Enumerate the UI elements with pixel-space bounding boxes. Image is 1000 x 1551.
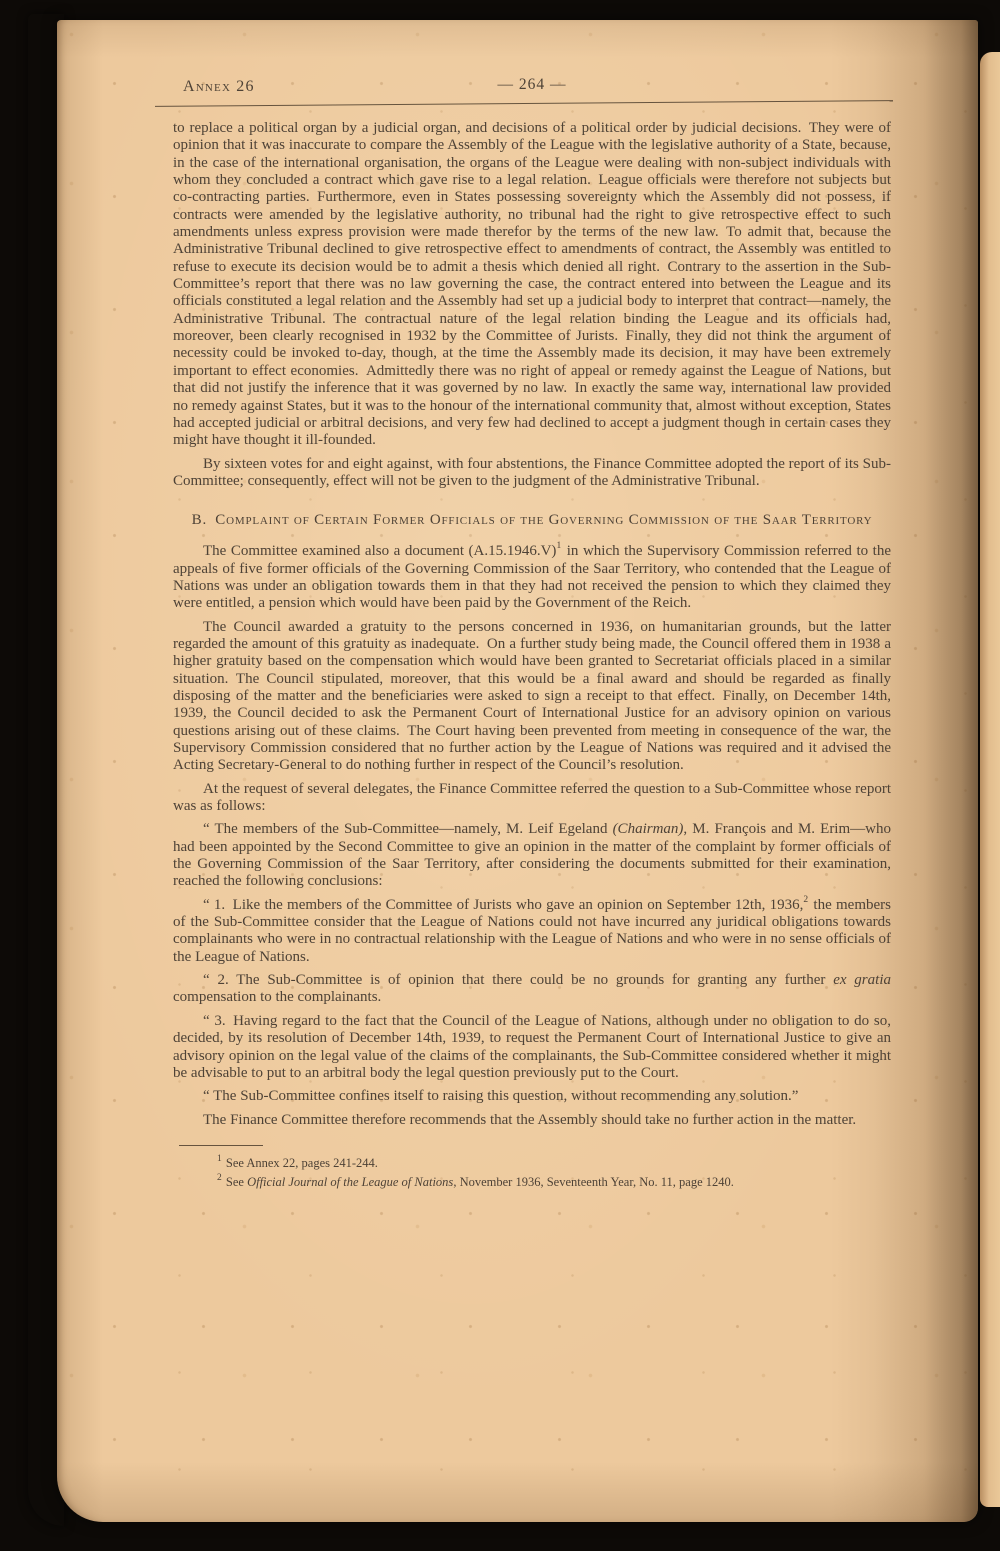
paragraph-5: The Council awarded a gratuity to the pe…	[173, 619, 891, 775]
text-run: The Council awarded a gratuity to the pe…	[173, 619, 891, 774]
paragraph-7: “ The members of the Sub-Committee—namel…	[173, 821, 891, 890]
text-run: Official Journal of the League of Nation…	[247, 1175, 453, 1189]
paragraph-8: “ 1. Like the members of the Committee o…	[173, 897, 891, 966]
text-run: “ 2. The Sub-Committee is of opinion tha…	[203, 972, 833, 988]
section-heading: B. Complaint of Certain Former Officials…	[173, 506, 891, 535]
paragraph-11: “ The Sub-Committee confines itself to r…	[173, 1088, 891, 1105]
paragraph-6: At the request of several delegates, the…	[173, 781, 891, 816]
text-run: B. Complaint of Certain Former Officials…	[192, 512, 873, 528]
paragraph-2: By sixteen votes for and eight against, …	[173, 456, 891, 491]
paragraph-4: The Committee examined also a document (…	[173, 543, 891, 612]
text-run: At the request of several delegates, the…	[173, 781, 891, 814]
text-run: “ 3. Having regard to the fact that the …	[173, 1013, 891, 1081]
text-run: The Committee examined also a document (…	[203, 543, 556, 559]
adjacent-page-sliver	[980, 52, 1000, 1507]
text-run: “ The members of the Sub-Committee—namel…	[203, 821, 613, 837]
paragraph-12: The Finance Committee therefore recommen…	[173, 1112, 891, 1129]
page-number: — 264 —	[173, 76, 891, 94]
footnote-marker: 1	[217, 1154, 222, 1164]
footnotes: 1 See Annex 22, pages 241-244.2 See Offi…	[173, 1155, 891, 1191]
paragraph-10: “ 3. Having regard to the fact that the …	[173, 1013, 891, 1082]
text-run: compensation to the complainants.	[173, 989, 381, 1005]
text-run: to replace a political organ by a judici…	[173, 120, 891, 448]
text-run: ex gratia	[833, 972, 891, 988]
paragraph-9: “ 2. The Sub-Committee is of opinion tha…	[173, 972, 891, 1007]
footnote-reference: 2	[803, 895, 808, 905]
paragraph-1: to replace a political organ by a judici…	[173, 120, 891, 450]
document-page: Annex 26 — 264 — to replace a political …	[57, 20, 978, 1522]
footnote-2: 2 See Official Journal of the League of …	[217, 1174, 891, 1191]
scanned-book-photo: Annex 26 — 264 — to replace a political …	[0, 0, 1000, 1551]
footnote-rule	[179, 1145, 263, 1146]
text-run: , November 1936, Seventeenth Year, No. 1…	[453, 1175, 734, 1189]
text-run: “ The Sub-Committee confines itself to r…	[203, 1088, 798, 1104]
footnote-marker: 2	[217, 1173, 222, 1183]
document-text: to replace a political organ by a judici…	[173, 120, 891, 1129]
footnote-reference: 1	[556, 541, 561, 551]
text-run: By sixteen votes for and eight against, …	[173, 456, 891, 489]
text-run: (Chairman)	[613, 821, 684, 837]
text-run: See	[223, 1175, 247, 1189]
text-run: The Finance Committee therefore recommen…	[203, 1112, 856, 1128]
footnote-1: 1 See Annex 22, pages 241-244.	[217, 1155, 891, 1172]
page-header: Annex 26 — 264 —	[173, 78, 891, 102]
text-run: “ 1. Like the members of the Committee o…	[203, 897, 803, 913]
text-run: See Annex 22, pages 241-244.	[223, 1156, 378, 1170]
